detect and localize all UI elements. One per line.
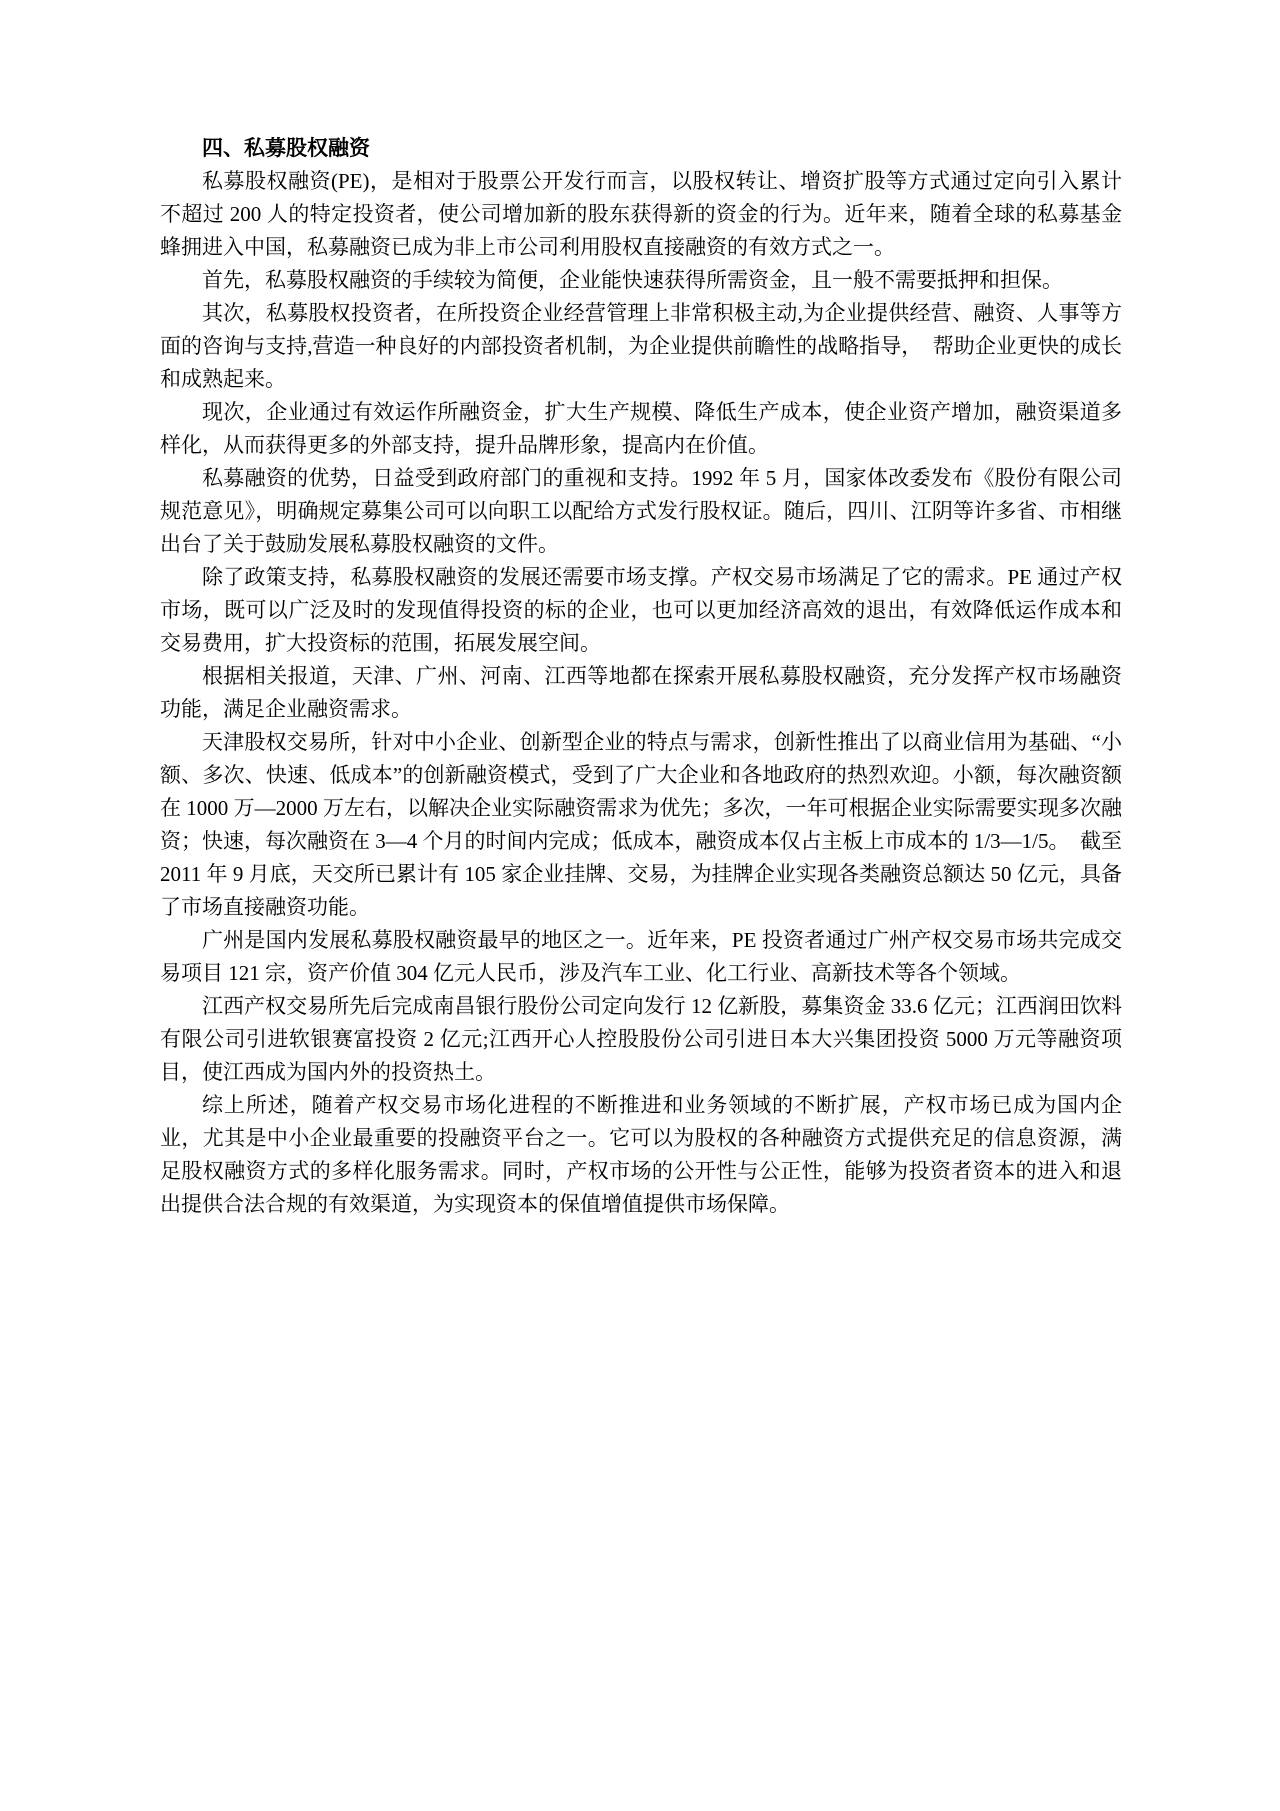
paragraph-conclusion: 综上所述，随着产权交易市场化进程的不断推进和业务领域的不断扩展，产权市场已成为国… <box>160 1089 1122 1221</box>
paragraph-regions-report: 根据相关报道，天津、广州、河南、江西等地都在探索开展私募股权融资，充分发挥产权市… <box>160 660 1122 726</box>
paragraph-policy-support: 私募融资的优势，日益受到政府部门的重视和支持。1992 年 5 月，国家体改委发… <box>160 462 1122 561</box>
paragraph-third-advantage: 现次，企业通过有效运作所融资金，扩大生产规模、降低生产成本，使企业资产增加，融资… <box>160 396 1122 462</box>
paragraph-intro: 私募股权融资(PE)，是相对于股票公开发行而言，以股权转让、增资扩股等方式通过定… <box>160 165 1122 264</box>
paragraph-second-advantage: 其次，私募股权投资者，在所投资企业经营管理上非常积极主动,为企业提供经营、融资、… <box>160 297 1122 396</box>
paragraph-first-advantage: 首先，私募股权融资的手续较为简便，企业能快速获得所需资金，且一般不需要抵押和担保… <box>160 264 1122 297</box>
document-page: 四、私募股权融资 私募股权融资(PE)，是相对于股票公开发行而言，以股权转让、增… <box>0 0 1280 1811</box>
paragraph-tianjin-exchange: 天津股权交易所，针对中小企业、创新型企业的特点与需求，创新性推出了以商业信用为基… <box>160 726 1122 924</box>
section-heading: 四、私募股权融资 <box>160 132 1122 165</box>
paragraph-jiangxi: 江西产权交易所先后完成南昌银行股份公司定向发行 12 亿新股，募集资金 33.6… <box>160 990 1122 1089</box>
paragraph-market-support: 除了政策支持，私募股权融资的发展还需要市场支撑。产权交易市场满足了它的需求。PE… <box>160 561 1122 660</box>
paragraph-guangzhou: 广州是国内发展私募股权融资最早的地区之一。近年来，PE 投资者通过广州产权交易市… <box>160 924 1122 990</box>
